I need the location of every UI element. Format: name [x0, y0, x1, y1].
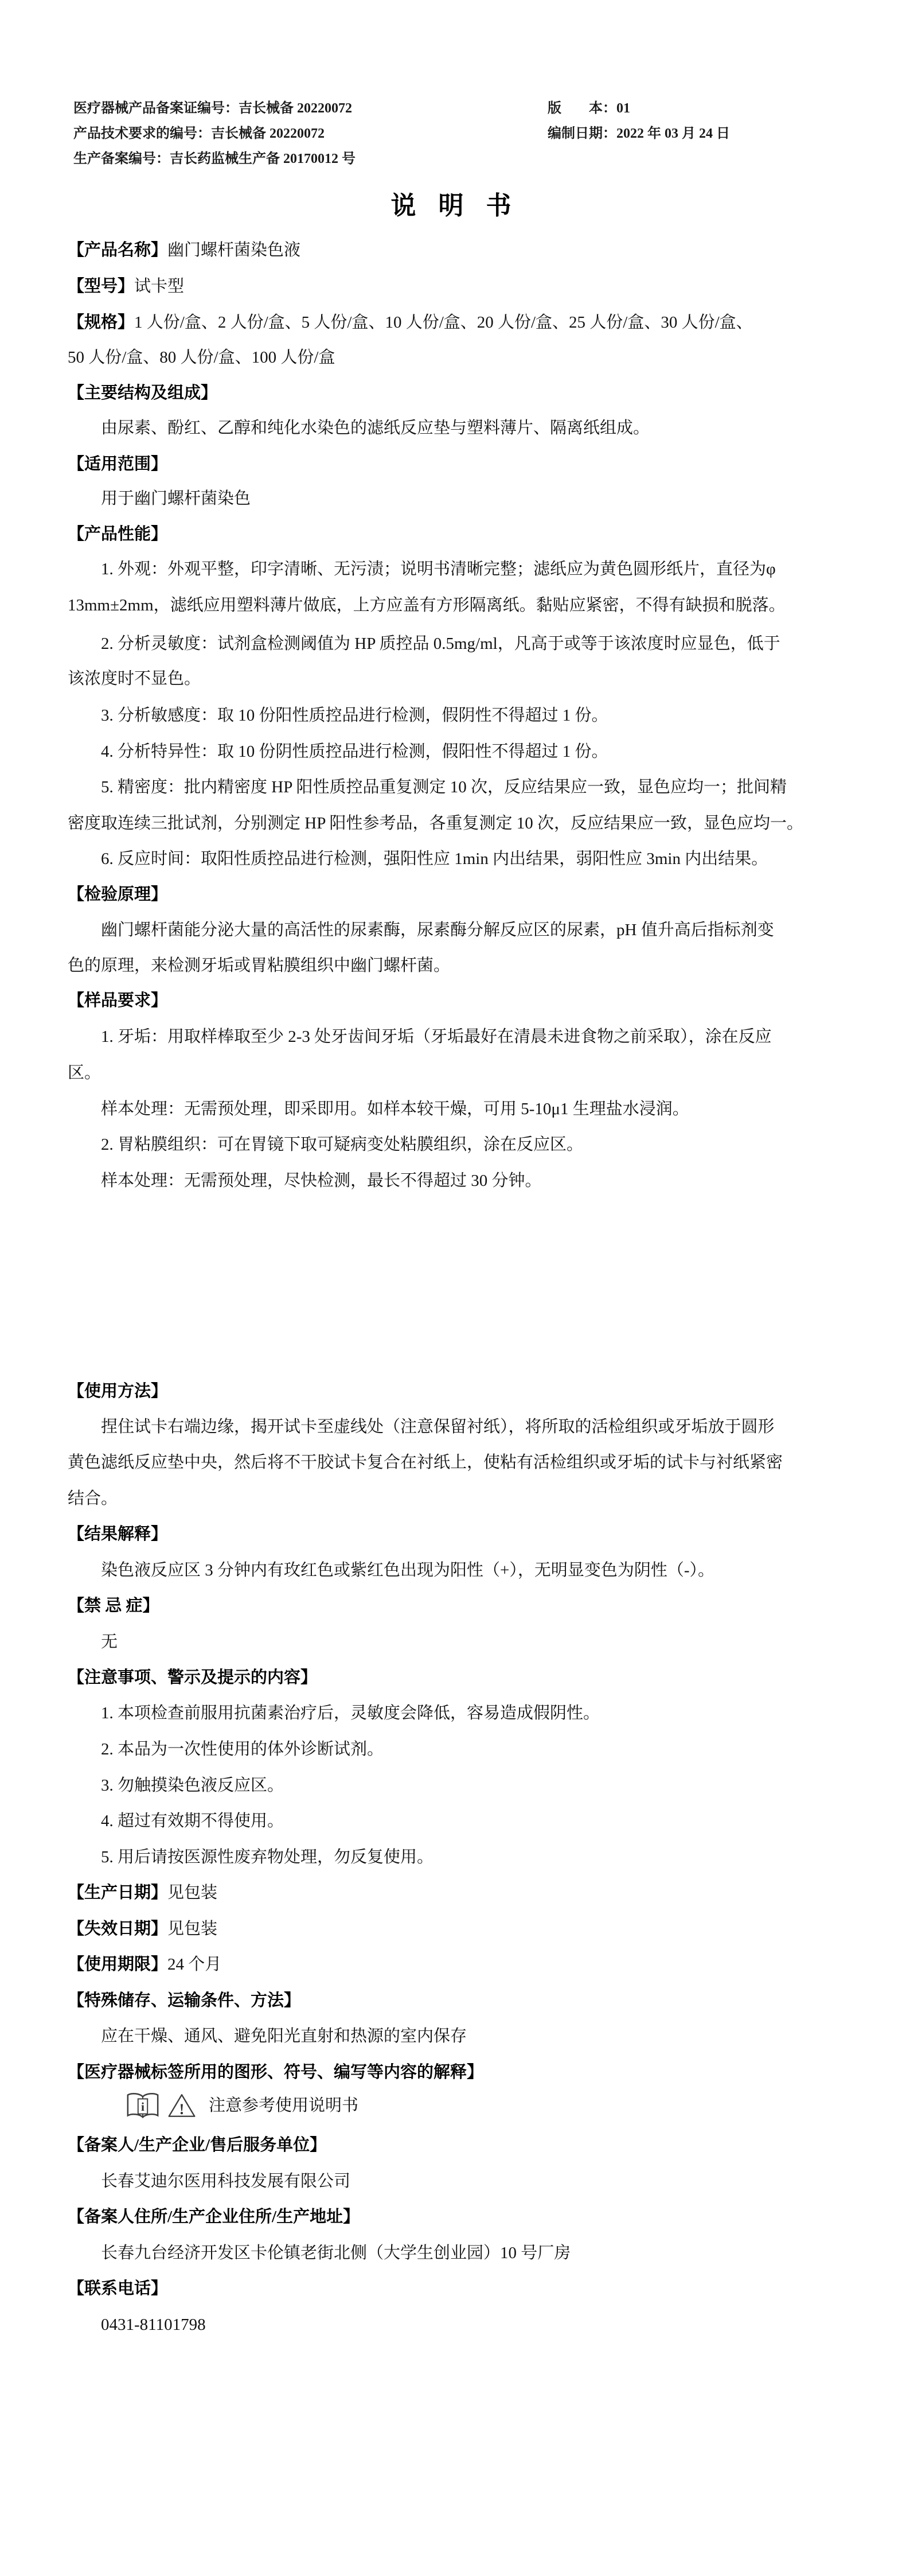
usage-heading: 【使用方法】	[68, 1378, 167, 1404]
usage-line: 黄色滤纸反应垫中央，然后将不干胶试卡复合在衬纸上，使粘有活检组织或牙垢的试卡与衬…	[68, 1449, 783, 1476]
shelf-life-value: 24 个月	[167, 1955, 221, 1974]
model-label: 【型号】	[68, 277, 134, 295]
performance-line: 1. 外观：外观平整，印字清晰、无污渍；说明书清晰完整；滤纸应为黄色圆形纸片，直…	[68, 556, 776, 582]
model-line: 【型号】试卡型	[68, 273, 184, 299]
performance-line: 4. 分析特异性：取 10 份阴性质控品进行检测，假阳性不得超过 1 份。	[68, 738, 608, 765]
notes-line: 4. 超过有效期不得使用。	[68, 1808, 284, 1834]
symbols-row: i ! 注意参考使用说明书	[125, 2090, 358, 2121]
registrant-heading: 【备案人/生产企业/售后服务单位】	[68, 2132, 326, 2158]
model-value: 试卡型	[134, 277, 184, 295]
address-value: 长春九台经济开发区卡伦镇老街北侧（大学生创业园）10 号厂房	[68, 2240, 571, 2266]
spec-label: 【规格】	[68, 313, 134, 332]
symbols-caption: 注意参考使用说明书	[209, 2090, 358, 2121]
scope-paragraph: 用于幽门螺杆菌染色	[68, 485, 251, 512]
production-date-value: 见包装	[167, 1884, 217, 1902]
spec-line-2: 50 人份/盒、80 人份/盒、100 人份/盒	[68, 344, 335, 371]
consult-instructions-book-icon: i	[125, 2091, 161, 2120]
spec-value-1: 1 人份/盒、2 人份/盒、5 人份/盒、10 人份/盒、20 人份/盒、25 …	[134, 313, 753, 332]
page-title: 说 明 书	[0, 185, 910, 221]
notes-heading: 【注意事项、警示及提示的内容】	[68, 1664, 317, 1691]
principle-heading: 【检验原理】	[68, 881, 167, 908]
spec-line-1: 【规格】1 人份/盒、2 人份/盒、5 人份/盒、10 人份/盒、20 人份/盒…	[68, 309, 753, 336]
sample-line: 样本处理：无需预处理，即采即用。如样本较干燥，可用 5-10μ1 生理盐水浸润。	[68, 1096, 689, 1122]
expiry-date-value: 见包装	[167, 1920, 217, 1938]
technical-requirement-no-line: 产品技术要求的编号：吉长械备 20220072	[73, 120, 325, 147]
shelf-life-line: 【使用期限】24 个月	[68, 1951, 221, 1978]
sample-line: 样本处理：无需预处理，尽快检测，最长不得超过 30 分钟。	[68, 1168, 542, 1194]
document-page: 医疗器械产品备案证编号：吉长械备 20220072 产品技术要求的编号：吉长械备…	[0, 0, 910, 2576]
expiry-date-line: 【失效日期】见包装	[68, 1916, 217, 1942]
storage-paragraph: 应在干燥、通风、避免阳光直射和热源的室内保存	[68, 2023, 467, 2049]
book-info-glyph: i	[141, 2100, 144, 2114]
expiry-date-label: 【失效日期】	[68, 1920, 167, 1938]
product-name-label: 【产品名称】	[68, 241, 167, 259]
notes-line: 1. 本项检查前服用抗菌素治疗后，灵敏度会降低，容易造成假阴性。	[68, 1700, 600, 1726]
registrant-name: 长春艾迪尔医用科技发展有限公司	[68, 2168, 350, 2194]
performance-line: 5. 精密度：批内精密度 HP 阳性质控品重复测定 10 次，反应结果应一致，显…	[68, 774, 787, 800]
address-heading: 【备案人住所/生产企业住所/生产地址】	[68, 2204, 360, 2230]
caution-exclamation-glyph: !	[179, 2100, 185, 2118]
phone-heading: 【联系电话】	[68, 2275, 167, 2302]
sample-heading: 【样品要求】	[68, 987, 167, 1014]
performance-line: 3. 分析敏感度：取 10 份阳性质控品进行检测，假阴性不得超过 1 份。	[68, 702, 608, 729]
performance-line: 密度取连续三批试剂，分别测定 HP 阳性参考品，各重复测定 10 次，反应结果应…	[68, 810, 803, 836]
registration-no-line: 医疗器械产品备案证编号：吉长械备 20220072	[73, 95, 352, 122]
production-date-line: 【生产日期】见包装	[68, 1880, 217, 1906]
caution-triangle-icon: !	[167, 2091, 196, 2120]
product-name-line: 【产品名称】幽门螺杆菌染色液	[68, 237, 300, 263]
principle-line: 幽门螺杆菌能分泌大量的高活性的尿素酶，尿素酶分解反应区的尿素，pH 值升高后指标…	[68, 917, 774, 943]
phone-number: 0431-81101798	[68, 2312, 206, 2338]
structure-paragraph: 由尿素、酚红、乙醇和纯化水染色的滤纸反应垫与塑料薄片、隔离纸组成。	[68, 415, 650, 441]
notes-line: 2. 本品为一次性使用的体外诊断试剂。	[68, 1736, 384, 1762]
production-record-no-line: 生产备案编号：吉长药监械生产备 20170012 号	[73, 146, 356, 172]
production-date-label: 【生产日期】	[68, 1884, 167, 1902]
performance-line: 2. 分析灵敏度：试剂盒检测阈值为 HP 质控品 0.5mg/ml，凡高于或等于…	[68, 631, 780, 657]
notes-line: 3. 勿触摸染色液反应区。	[68, 1772, 284, 1799]
structure-heading: 【主要结构及组成】	[68, 380, 217, 406]
notes-line: 5. 用后请按医源性废弃物处理，勿反复使用。	[68, 1844, 433, 1870]
symbols-heading: 【医疗器械标签所用的图形、符号、编写等内容的解释】	[68, 2059, 483, 2085]
principle-line: 色的原理，来检测牙垢或胃粘膜组织中幽门螺杆菌。	[68, 952, 450, 979]
performance-line: 6. 反应时间：取阳性质控品进行检测，强阳性应 1min 内出结果，弱阳性应 3…	[68, 846, 768, 872]
sample-line: 2. 胃粘膜组织：可在胃镜下取可疑病变处粘膜组织，涂在反应区。	[68, 1131, 583, 1158]
performance-line: 该浓度时不显色。	[68, 666, 201, 692]
sample-line: 1. 牙垢：用取样棒取至少 2-3 处牙齿间牙垢（牙垢最好在清晨未进食物之前采取…	[68, 1024, 772, 1050]
sample-line: 区。	[68, 1060, 101, 1086]
version-line: 版 本：01	[548, 95, 630, 122]
contraindication-paragraph: 无	[68, 1629, 118, 1655]
performance-line: 13mm±2mm，滤纸应用塑料薄片做底，上方应盖有方形隔离纸。黏贴应紧密，不得有…	[68, 592, 786, 618]
product-name-value: 幽门螺杆菌染色液	[167, 241, 300, 259]
result-heading: 【结果解释】	[68, 1521, 167, 1547]
compile-date-line: 编制日期：2022 年 03 月 24 日	[548, 120, 730, 147]
usage-line: 捏住试卡右端边缘，揭开试卡至虚线处（注意保留衬纸），将所取的活检组织或牙垢放于圆…	[68, 1414, 775, 1440]
performance-heading: 【产品性能】	[68, 521, 167, 547]
result-paragraph: 染色液反应区 3 分钟内有玫红色或紫红色出现为阳性（+），无明显变色为阴性（-）…	[68, 1557, 714, 1583]
usage-line: 结合。	[68, 1485, 118, 1512]
scope-heading: 【适用范围】	[68, 451, 167, 477]
shelf-life-label: 【使用期限】	[68, 1955, 167, 1974]
contraindication-heading: 【禁 忌 症】	[68, 1593, 159, 1619]
storage-heading: 【特殊储存、运输条件、方法】	[68, 1987, 300, 2014]
